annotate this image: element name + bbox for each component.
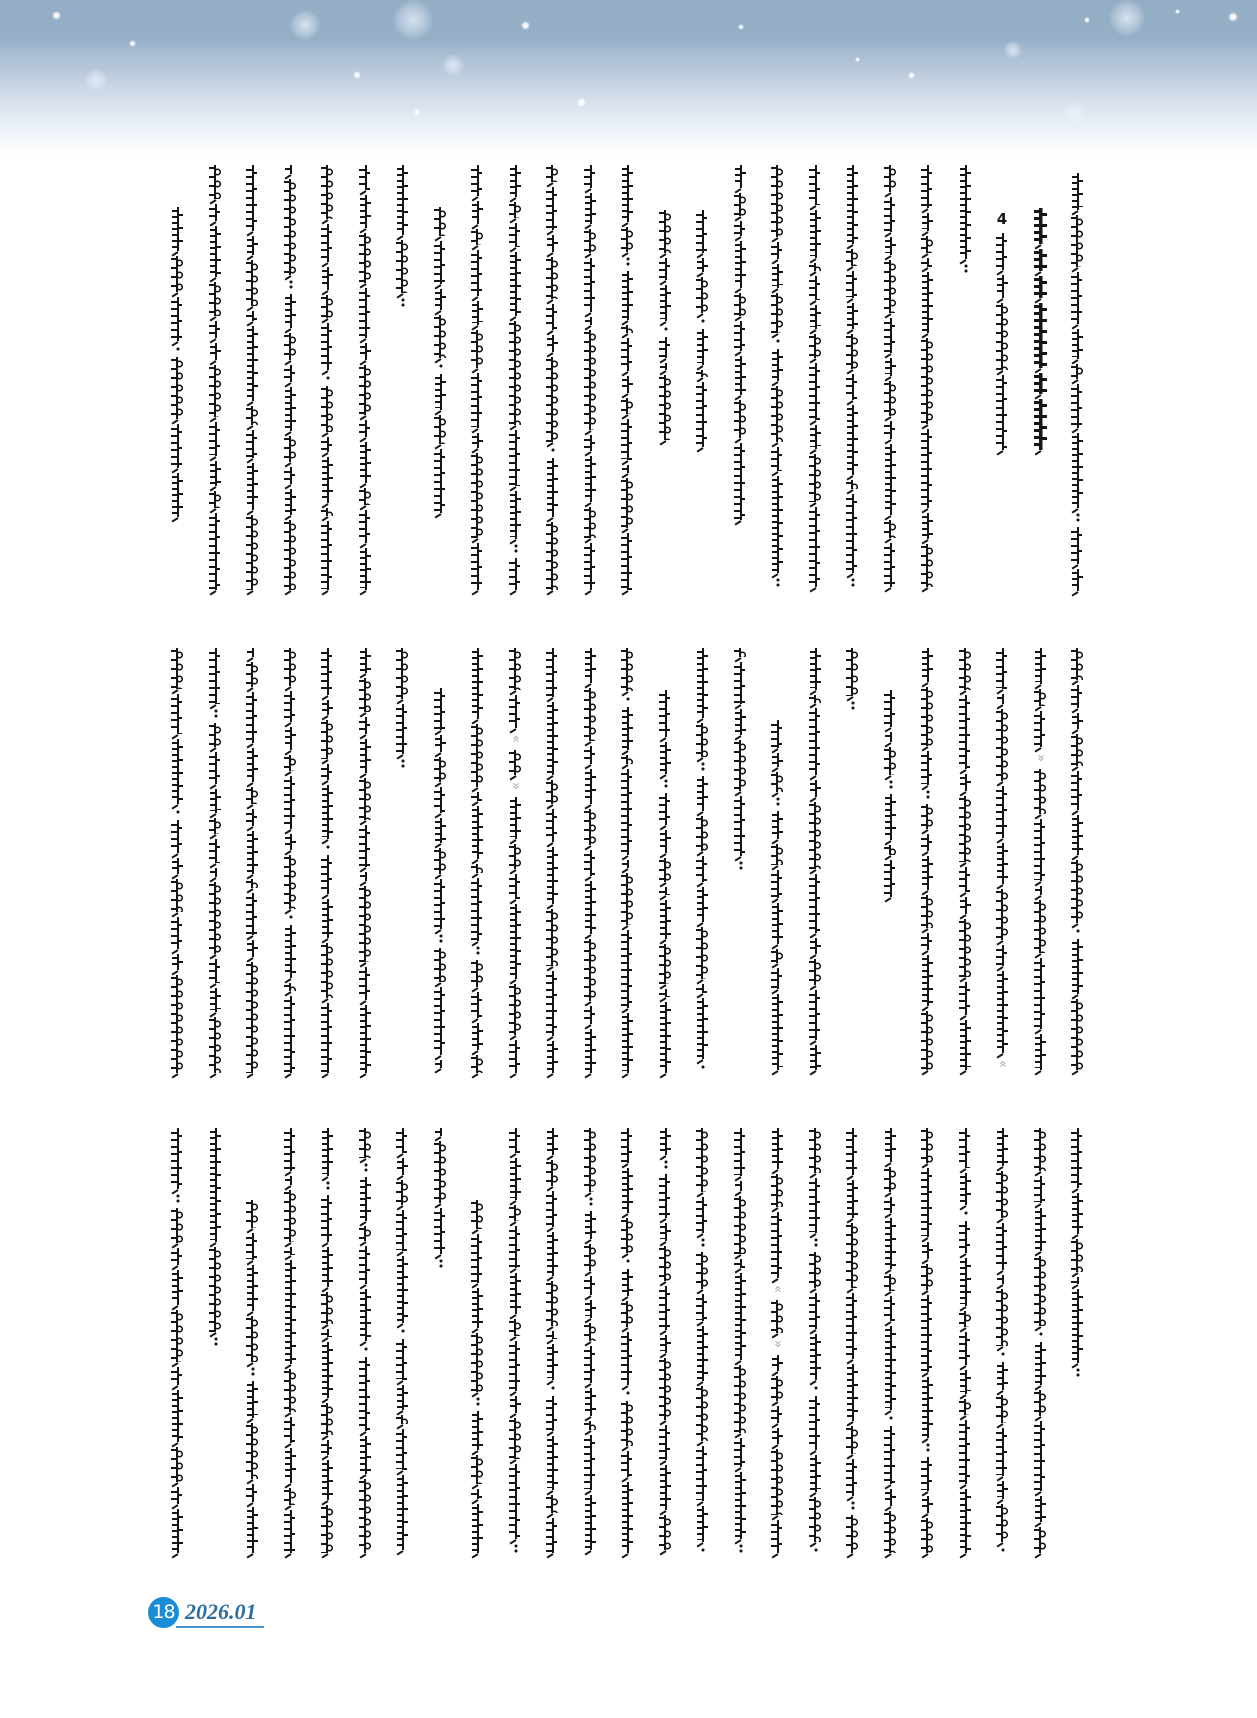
script-word xyxy=(545,304,559,330)
script-word xyxy=(470,433,484,449)
snowflake-icon xyxy=(521,21,530,30)
full-stop-mark xyxy=(508,544,522,553)
text-column: ᠪᠠᠶᠠᠷᠯᠠᠵᠤ ᠪᠠᠢᠭ᠎ᠠ ᠬᠦᠮᠦᠨ ᠢ ᠬᠡᠷᠡᠭᠯᠡᠭᠰᠡᠨ ᠃ xyxy=(1070,1128,1084,1377)
script-word xyxy=(808,874,822,933)
text-column: ᠡᠨᠡ ᠴᠠᠭ ᠲᠤ ᠮᠣᠩᠭᠣᠯ ᠭᠡᠷ ᠪᠦᠷᠢ ᠴᠠᠭᠠᠨ ᠢᠳᠡᠭᠡ ᠪ… xyxy=(733,165,747,520)
full-stop-mark xyxy=(470,946,484,955)
script-word xyxy=(1033,373,1047,395)
script-word xyxy=(170,297,184,341)
script-word xyxy=(545,357,559,442)
script-word xyxy=(358,886,372,962)
script-word xyxy=(770,720,784,748)
script-word xyxy=(583,1300,597,1318)
script-word xyxy=(170,1367,184,1384)
script-word xyxy=(695,776,709,811)
script-word xyxy=(170,1270,184,1305)
script-word xyxy=(433,315,447,358)
text-column: ᠣ ᠪᠣᠯ ᠬᠦᠢᠲᠡᠨ ᠡᠳᠦᠷ ᠦᠳ ᠲᠦ ᠬᠦᠮᠦᠨ ᠦ ᠪᠡᠶ᠎ᠡ ᠶᠢ… xyxy=(245,648,259,1073)
script-word xyxy=(995,1504,1009,1542)
script-word xyxy=(845,1515,859,1553)
script-word xyxy=(208,491,222,508)
script-word xyxy=(958,1399,972,1415)
script-word xyxy=(583,1211,597,1239)
script-word xyxy=(1033,399,1047,450)
script-word xyxy=(208,321,222,338)
script-word xyxy=(208,1128,222,1242)
script-word xyxy=(245,748,259,782)
script-word xyxy=(545,780,559,804)
script-word xyxy=(320,437,334,452)
full-stop-mark xyxy=(358,1163,372,1172)
script-word xyxy=(658,210,672,253)
script-word xyxy=(320,720,334,759)
script-word xyxy=(883,1218,897,1268)
script-word xyxy=(283,1176,297,1185)
script-word xyxy=(508,695,522,728)
script-word xyxy=(658,1335,672,1353)
script-word xyxy=(620,325,634,333)
script-word xyxy=(620,1332,634,1385)
script-word xyxy=(320,457,334,503)
script-word xyxy=(320,1247,334,1287)
script-word xyxy=(583,435,597,451)
text-tier-1: ᠴᠠᠭᠠᠨ ᠴᠠᠰᠤ ᠣᠷᠣᠵᠤ ᠂ ᠬᠡᠭᠡᠷ᠎ᠡ ᠲᠠᠯ᠎ᠠ ᠴᠠᠢᠪᠠᠡᠪ… xyxy=(170,165,1095,597)
script-word xyxy=(545,257,559,300)
text-column: ᠡᠭᠦᠨ ᠢ ᠦᠵᠡᠭᠰᠡᠨ ᠪᠠᠭᠰᠢ ᠮᠢᠨᠦ ᠪᠢᠳᠡᠨ ᠳᠦ ᠬᠡᠯᠡᠭ… xyxy=(995,648,1009,1070)
poem-line-column: ᠵᠢᠷᠭᠠᠯ ᠬᠡᠢ ᠰᠡᠷᠡᠯ ᠂ ᠵᠢᠯ ᠢ ᠳᠠᠭᠤᠳᠠᠨ᠎ᠠ xyxy=(658,210,672,440)
script-word xyxy=(245,515,259,590)
script-word xyxy=(620,478,634,527)
script-word xyxy=(808,708,822,775)
script-word xyxy=(508,648,522,690)
script-word xyxy=(508,1205,522,1222)
text-column: ᠨ ᠠᠮᠢᠳᠤᠷᠠᠯ ᠪᠠᠢᠨ᠎ᠠ ᠃ xyxy=(433,1128,447,1268)
script-word xyxy=(1070,215,1084,267)
script-word xyxy=(1033,1176,1047,1202)
snowflake-icon xyxy=(1175,9,1180,14)
script-word xyxy=(920,933,934,950)
script-word xyxy=(283,1369,297,1412)
poem-line-column: ᠬᠥᠬᠡ ᠲᠩᠭᠠᠷᠢ ᠶᠢᠨ ᠳᠣᠣᠷ᠎ᠠ ᠂ ᠬᠥᠯᠦᠭ ᠮᠣᠷᠢ ᠳᠠᠭᠤ… xyxy=(433,207,447,513)
script-word xyxy=(433,1128,447,1136)
text-column: ᠬᠦᠢ ᠃ ᠬᠡᠳᠦᠢ ᠴᠤ ᠬᠣᠯᠠ ᠭᠠᠵᠠᠷ ᠲᠤ ᠪᠠᠢᠪᠠᠴᠤ ᠲᠡᠷ… xyxy=(658,1128,672,1550)
script-word xyxy=(358,1128,372,1158)
text-column: ᠪᠠᠢᠭᠰᠠᠨ ᠠᠵᠡ ᠃ ᠬᠦᠢᠲᠡᠨ ᠦ ᠡᠷᠬᠡ ᠳᠦ ᠴᠢ ᠬᠦᠮᠦᠨ … xyxy=(620,165,634,590)
script-word xyxy=(845,1128,859,1175)
text-column: ᠭᠡᠬᠦ ᠨᠢ ᠪᠣᠯ ᠃ ᠪᠢᠳᠡ ᠪᠠᠢ ᠪᠤᠶᠤ ᠰᠡᠳᠬᠢᠯ ᠳᠦ ᠪᠠ… xyxy=(770,720,784,1070)
full-stop-mark xyxy=(733,861,747,870)
script-word xyxy=(395,1475,409,1550)
script-word xyxy=(395,704,409,755)
script-word xyxy=(358,648,372,673)
script-word xyxy=(995,275,1009,297)
script-word xyxy=(733,796,747,856)
script-word xyxy=(283,1190,297,1242)
script-word xyxy=(170,1310,184,1362)
script-word xyxy=(733,1196,747,1254)
script-word xyxy=(620,1401,634,1445)
script-word xyxy=(883,444,897,515)
script-word xyxy=(170,1208,184,1243)
script-word xyxy=(620,376,634,392)
script-word xyxy=(770,753,784,767)
script-word xyxy=(358,1246,372,1283)
script-word xyxy=(395,240,409,293)
script-word xyxy=(845,303,859,329)
script-word xyxy=(508,1341,522,1391)
script-word xyxy=(808,1334,822,1379)
script-word xyxy=(320,764,334,780)
script-word xyxy=(545,809,559,842)
script-word xyxy=(695,382,709,447)
text-column: ᠬᠣᠭᠣᠯ ᠤᠨ ᠭᠠᠯ ᠪᠣᠯ ᠡᠬᠡ ᠶᠢᠨ ᠬᠠᠢᠷ᠎ᠠ ᠃ ᠪᠢᠳᠡ ᠠ… xyxy=(433,688,447,1068)
full-stop-mark xyxy=(1070,513,1084,522)
script-word xyxy=(208,868,222,876)
comma-mark xyxy=(320,844,334,850)
script-word xyxy=(283,776,297,830)
script-word xyxy=(958,796,972,862)
full-stop-mark xyxy=(208,1337,222,1346)
text-column: ᠰᠠᠢᠬᠠᠨ ᠪᠠᠢᠨ᠎ᠠ ᠃ xyxy=(395,648,409,768)
script-word xyxy=(395,1158,409,1175)
full-stop-mark xyxy=(583,1197,597,1206)
script-word xyxy=(470,165,484,196)
script-word xyxy=(770,242,784,258)
script-word xyxy=(920,544,934,587)
script-word xyxy=(545,1396,559,1432)
script-word xyxy=(995,709,1009,781)
script-word xyxy=(245,1233,259,1261)
script-word xyxy=(583,1128,597,1192)
script-word xyxy=(920,258,934,267)
script-word xyxy=(995,1223,1009,1270)
script-word xyxy=(395,1180,409,1205)
text-column: ᠬᠡᠦᠬᠡᠳ ᠦᠳ ᠴᠠᠰᠤᠨ ᠳᠤ ᠲᠣᠭᠯᠠᠵᠤ ᠂ ᠴᠠᠰᠤᠨ ᠬᠦᠮᠦᠨ… xyxy=(320,648,334,1073)
script-word xyxy=(470,373,484,427)
script-word xyxy=(583,1435,597,1490)
script-word xyxy=(1070,173,1084,210)
script-word xyxy=(508,1128,522,1153)
script-word xyxy=(245,879,259,888)
script-word xyxy=(920,272,934,333)
script-word xyxy=(770,844,784,865)
script-word xyxy=(920,1128,934,1163)
script-word xyxy=(508,1040,522,1073)
script-word xyxy=(958,1420,972,1484)
script-word xyxy=(658,1425,672,1460)
text-column: ᠬᠦᠮᠦᠨ ᠦ ᠰᠡᠳᠬᠢᠯ ᠢ ᠨᠢᠭᠡᠳᠭᠡᠬᠦ ᠳᠤᠯᠠᠭᠠᠨ ᠴᠠᠭ ᠪ… xyxy=(733,1128,747,1553)
script-word xyxy=(470,250,484,297)
script-word xyxy=(695,1386,709,1441)
script-word xyxy=(283,489,297,515)
script-word xyxy=(958,1173,972,1205)
script-word xyxy=(995,1481,1009,1500)
footer-underline xyxy=(176,1626,264,1628)
comma-mark xyxy=(995,1547,1009,1553)
script-word xyxy=(320,1003,334,1073)
script-word xyxy=(545,971,559,1036)
script-word xyxy=(208,165,222,199)
script-word xyxy=(883,1326,897,1410)
script-word xyxy=(320,1460,334,1500)
script-word xyxy=(1033,689,1047,707)
script-word xyxy=(920,1011,934,1070)
script-word xyxy=(658,285,672,321)
text-column: ᠲᠡᠮᠳᠡᠭ ᠃ ᠮᠣᠩᠭᠣᠯ ᠬᠦᠮᠦᠨ ᠡᠪᠦᠯ ᠢ ᠬᠦᠯᠢᠶᠡᠨ ᠠᠪᠬ… xyxy=(320,1128,334,1553)
script-word xyxy=(995,786,1009,837)
script-word xyxy=(808,1293,822,1329)
quote-mark: » xyxy=(509,779,521,793)
script-word xyxy=(808,1178,822,1232)
quote-mark: » xyxy=(771,1337,783,1351)
script-word xyxy=(470,201,484,224)
script-word xyxy=(245,787,259,804)
script-word xyxy=(470,543,484,590)
script-word xyxy=(283,333,297,359)
script-word xyxy=(170,858,184,874)
script-word xyxy=(208,789,222,813)
script-word xyxy=(883,197,897,232)
script-word xyxy=(508,1396,522,1413)
script-word xyxy=(695,329,709,365)
script-word xyxy=(1070,860,1084,923)
script-word xyxy=(433,948,447,982)
script-word xyxy=(545,1331,559,1340)
script-word xyxy=(845,1293,859,1359)
text-column: ᠲᠡᠷᠡ ᠴᠠᠭ ᠲᠤ ᠪᠢᠳᠡ ᠴᠠᠰᠤᠨ ᠬᠦᠮᠦᠨ ᠪᠦᠲᠦᠭᠡᠵᠦ ᠂ … xyxy=(1070,648,1084,1070)
text-column: ᠮᠢᠨᠦ ᠪᠠᠭ᠎ᠠ ᠨᠠᠰᠤᠨ ᠤ ᠬᠥᠭᠵᠢᠮ ᠂ ᠡᠬᠡ ᠶᠢᠨ ᠬᠣᠭᠣ… xyxy=(995,1128,1009,1553)
text-column: ᠡᠪᠦᠭᠡ ᠡᠮᠡᠭᠡᠨ ᠦ ᠡᠬᠡ ᠦᠭᠡ ᠪᠡᠷ ᠬᠠᠷᠢᠶᠠᠯ ᠦᠭᠡ ᠥ… xyxy=(808,165,822,587)
script-word xyxy=(808,1396,822,1450)
section-heading-column: 4 ᠰᠠᠷ᠎ᠠ ᠶᠢᠨ ᠪᠦᠲᠦᠭᠡᠯᠴᠡ ᠬᠤᠷᠢᠶᠠᠩᠭᠤᠢ4 xyxy=(995,210,1009,450)
script-word xyxy=(920,1295,934,1373)
script-word xyxy=(733,1128,747,1176)
script-word xyxy=(695,887,709,922)
script-word xyxy=(995,233,1009,270)
script-word xyxy=(695,210,709,253)
script-word xyxy=(283,1488,297,1505)
script-word xyxy=(733,193,747,216)
script-word xyxy=(1033,711,1047,747)
script-word xyxy=(508,1319,522,1336)
script-word xyxy=(208,365,222,416)
script-word xyxy=(620,755,634,764)
script-word xyxy=(620,338,634,371)
text-column: ᠣᠯᠵᠤ ᠮᠡᠳᠡᠳᠡᠭ ᠪᠢᠯᠡ ᠃ ᠣᠳᠣ ᠪᠢ ᠲᠡᠷᠡ ᠦᠶ᠎ᠡ ᠶᠢ … xyxy=(920,648,934,1070)
script-word xyxy=(245,165,259,231)
script-word xyxy=(170,473,184,517)
script-word xyxy=(883,1296,897,1321)
poem-line-column: ᠵᠢᠷᠭᠠᠯ ᠦᠨ ᠳᠠᠭᠤᠤ ᠂ ᠨᠤᠲᠤᠭ ᠢ ᠳᠦᠦᠷᠭᠡᠨ᠎ᠡ xyxy=(695,210,709,447)
script-word xyxy=(695,984,709,993)
script-word xyxy=(920,1168,934,1237)
script-word xyxy=(320,700,334,716)
script-word xyxy=(583,258,597,312)
script-word xyxy=(583,193,597,224)
script-word xyxy=(583,688,597,741)
script-word xyxy=(958,1311,972,1327)
script-word xyxy=(283,436,297,462)
text-column: ᠬᠡᠯᠡᠵᠦ ᠡᠬᠢᠯᠡᠭᠰᠡᠨ ᠪᠡᠷ ᠪᠢᠳᠡ ᠳᠣᠯᠳᠣᠢᠨ ᠰᠣᠨᠣᠰᠴ… xyxy=(545,648,559,1073)
script-word xyxy=(208,461,222,487)
script-word xyxy=(958,165,972,259)
script-word xyxy=(733,1181,747,1191)
script-word xyxy=(770,811,784,839)
script-word xyxy=(1033,819,1047,881)
script-word xyxy=(545,1495,559,1513)
script-word xyxy=(995,694,1009,704)
script-word xyxy=(545,335,559,352)
text-column: ᠪᠠᠭᠰᠢ ᠮᠢᠨᠦ ᠬᠡᠯᠡᠭᠰᠡᠨ 《 ᠡᠪᠦᠯ 》 ᠦᠨ ᠦᠭᠡ ᠶᠢ ᠪ… xyxy=(770,1128,784,1553)
full-stop-mark xyxy=(245,1367,259,1376)
script-word xyxy=(208,204,222,221)
script-word xyxy=(508,223,522,247)
script-word xyxy=(733,1273,747,1360)
script-word xyxy=(283,520,297,590)
text-column: ᠡᠨᠡ ᠪᠦᠬᠦ ᠨᠢ ᠮᠢᠨᠦ ᠪᠠᠭ᠎ᠠ ᠨᠠᠰᠤᠨ ᠤ ᠮᠠᠷᠳᠠᠭᠰᠠᠨ… xyxy=(358,648,372,1073)
script-word xyxy=(170,648,184,689)
script-word xyxy=(695,258,709,272)
text-column: ᠳᠤᠷᠠᠯᠠᠭᠰᠠᠨ ᠃ xyxy=(958,165,972,273)
script-word xyxy=(358,195,372,228)
script-word xyxy=(1070,1277,1084,1284)
script-word xyxy=(733,1472,747,1539)
script-word xyxy=(433,818,447,843)
text-column: ᠮᠡᠳᠡᠭᠰᠡᠨ ᠪᠠᠢᠨ᠎ᠠ ᠃ xyxy=(208,1128,222,1346)
script-word xyxy=(433,879,447,930)
script-word xyxy=(245,831,259,874)
text-column: ᠡᠨᠡ ᠪᠦᠬᠦ ᠨᠢ ᠮᠣᠩᠭᠣᠯ ᠠᠷᠠᠳ ᠤᠨ ᠡᠪᠦᠯ ᠦᠨ ᠠᠮᠢᠳᠤ… xyxy=(883,165,897,587)
script-word xyxy=(883,1167,897,1192)
script-word xyxy=(920,1242,934,1259)
script-word xyxy=(883,690,897,727)
script-word xyxy=(208,282,222,316)
script-word xyxy=(958,897,972,914)
script-word xyxy=(995,1362,1009,1390)
script-word xyxy=(808,165,822,205)
script-word xyxy=(658,1246,672,1281)
script-word xyxy=(620,1301,634,1328)
script-word xyxy=(170,917,184,950)
full-stop-mark xyxy=(845,578,859,587)
script-word xyxy=(958,919,972,977)
comma-mark xyxy=(358,1346,372,1352)
script-word xyxy=(358,442,372,484)
script-word xyxy=(545,1436,559,1489)
script-word xyxy=(808,454,822,502)
script-word xyxy=(995,1395,1009,1423)
script-word xyxy=(808,1128,822,1173)
script-word xyxy=(695,1252,709,1289)
comma-mark xyxy=(695,1547,709,1553)
snowflake-icon xyxy=(738,24,744,30)
script-word xyxy=(770,1174,784,1207)
script-word xyxy=(1070,771,1084,810)
script-word xyxy=(958,1332,972,1364)
text-column: ᠵᠠᠯᠠᠭᠤᠴᠤᠳ ᠨᠢ ᠮᠠᠯ ᠠᠵᠤ ᠠᠬᠤᠢ ᠶᠢᠨ ᠪᠡᠯᠡᠳᠬᠡᠯ ᠢ… xyxy=(845,165,859,587)
script-word xyxy=(620,930,634,1008)
script-word xyxy=(545,1191,559,1227)
script-word xyxy=(995,1289,1009,1346)
script-word xyxy=(320,1440,334,1456)
script-word xyxy=(658,944,672,984)
script-word xyxy=(920,1518,934,1553)
text-column: ᠭᠡᠷ ᠲᠦ ᠪᠠᠨ ᠬᠠᠮᠲᠤ ᠴᠤᠭᠯᠠᠷᠴᠤ ᠂ ᠰᠢᠨ᠎ᠡ ᠵᠢᠯ ᠢ … xyxy=(395,1128,409,1550)
script-word xyxy=(883,1274,897,1291)
script-word xyxy=(620,1013,634,1073)
script-word xyxy=(995,1428,1009,1475)
script-word xyxy=(470,1455,484,1484)
script-word xyxy=(208,959,222,983)
script-word xyxy=(358,872,372,880)
script-word xyxy=(208,839,222,863)
script-word xyxy=(1033,1128,1047,1171)
script-word xyxy=(320,323,334,369)
script-word xyxy=(845,1459,859,1497)
script-word xyxy=(245,893,259,936)
script-word xyxy=(733,1438,747,1467)
script-word xyxy=(995,1275,1009,1284)
full-stop-mark xyxy=(920,1443,934,1452)
script-word xyxy=(508,874,522,899)
script-word xyxy=(433,757,447,782)
script-word xyxy=(545,1232,559,1276)
script-word xyxy=(245,1423,259,1478)
script-word xyxy=(583,1276,597,1294)
snowflake-icon xyxy=(1084,17,1090,23)
script-word xyxy=(170,975,184,1073)
script-word xyxy=(283,648,297,686)
script-word xyxy=(695,1197,709,1234)
full-stop-mark xyxy=(658,1160,672,1169)
script-word xyxy=(470,1489,484,1499)
text-column: ᠭᠠᠷᠴᠤ ᠂ ᠲᠡᠭᠦᠨ ᠦ ᠪᠠᠭᠠᠲᠤᠷᠯᠢᠭ ᠢ ᠮᠠᠭᠲᠠᠨ ᠳᠠᠭᠤ… xyxy=(620,648,634,1073)
script-word xyxy=(245,1265,259,1311)
script-word xyxy=(883,318,897,353)
script-word xyxy=(208,882,222,954)
script-word xyxy=(433,207,447,236)
script-word xyxy=(508,797,522,839)
script-word xyxy=(320,295,334,318)
script-word xyxy=(245,648,259,657)
script-word xyxy=(808,507,822,587)
script-word xyxy=(620,419,634,460)
script-word xyxy=(1070,1193,1084,1233)
script-word xyxy=(208,752,222,784)
script-word xyxy=(395,1128,409,1153)
script-word xyxy=(1033,276,1047,298)
script-word xyxy=(695,648,709,718)
script-word xyxy=(658,1358,672,1420)
script-word xyxy=(358,967,372,1001)
script-word xyxy=(620,165,634,222)
snowflake-icon xyxy=(908,72,915,79)
full-stop-mark xyxy=(1070,1368,1084,1377)
script-word xyxy=(433,241,447,284)
snowflake-icon xyxy=(52,11,61,20)
script-word xyxy=(770,1449,784,1515)
poem-line-column: ᠴᠠᠭᠠᠨ ᠴᠠᠰᠤ ᠣᠷᠣᠵᠤ ᠂ ᠬᠡᠭᠡᠷ᠎ᠡ ᠲᠠᠯ᠎ᠠ ᠴᠠᠢᠪᠠ xyxy=(170,207,184,517)
script-word xyxy=(470,301,484,324)
script-word xyxy=(658,1002,672,1073)
script-word xyxy=(1070,364,1084,379)
script-word xyxy=(770,1300,784,1333)
script-word xyxy=(583,1323,597,1341)
script-word xyxy=(508,984,522,1034)
full-stop-mark xyxy=(433,1259,447,1268)
text-column: ᠪᠣᠯᠤᠭᠰᠠᠨ ᠪᠠᠢᠨ᠎ᠠ ᠃ xyxy=(395,165,409,307)
script-word xyxy=(883,520,897,538)
